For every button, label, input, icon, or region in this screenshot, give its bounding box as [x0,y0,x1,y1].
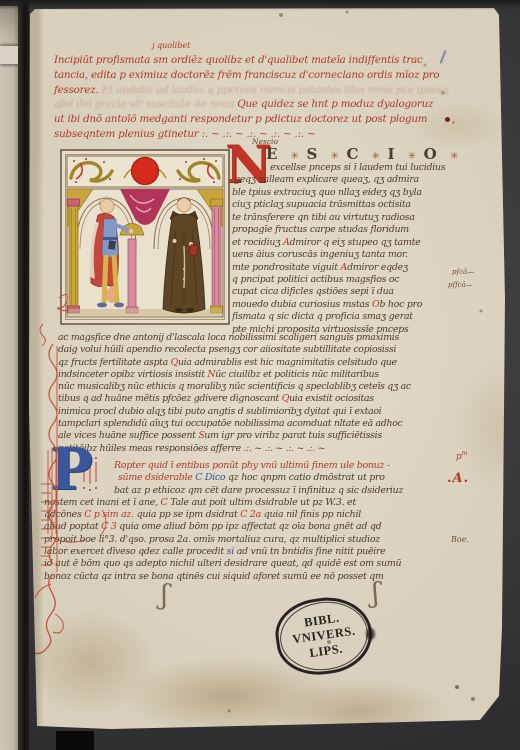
red-disc [132,158,159,185]
photo-top-shadow [0,0,520,10]
text-line: qdcōnes C p sim az. quia pp se ipm dsidr… [44,509,470,521]
binding-sewing-band [0,46,19,64]
text-line: bonoz cūcta qz intra se bona qtinēs cui … [44,571,470,583]
manuscript-photo: ȷ quolibet Incipiūt profismata sm ordiēz… [0,0,520,750]
text-line: fessorez. Et audatis ad laudes q ppetuos… [54,84,460,99]
pen-trial-squiggle: ʃ [371,576,381,609]
binding-strap-shadow [56,731,94,750]
text-line: aliud poptat C 3 quia ome aliud bōm pp i… [44,521,470,533]
text-column: E ✳ S ✳ C ✳ I ✳ O ✳ excellse pnceps si ī… [232,145,468,336]
margin-penwork-flourish [29,284,77,666]
text-line: fismata q sic dicta q proficia smaʒ gera… [232,311,468,323]
text-line: excellse pnceps si ī laudem tui lucidius [270,162,468,174]
text-line: ac magsfice dne antonij d'lascala loca n… [58,332,466,344]
margin-note-problema-2: pſſcā— [448,281,473,289]
text-line: labor exercet dīveso qdez calle procedit… [44,546,470,558]
text-line: ble tpius extraciuʒ quo nllaʒ eideʒ qʒ b… [232,187,468,199]
ink-blot [445,117,450,122]
text-line: qbd dei gracia vlr suscitate de noua Que… [54,98,460,113]
text-line: ale vices huāne suffice possent Sum igr … [58,430,466,442]
body-text-block: ac magsfice dne antonij d'lascala loca n… [58,332,466,455]
library-stamp: BIBL. VNIVERS. LIPS. [271,592,377,681]
foliate-frieze [67,156,223,187]
text-line: tibus q ad huāne mētis pfcōez gdivere di… [58,393,466,405]
text-line: daig volui hūili apendio recolecta pseng… [58,344,466,356]
text-line: ut ibi dnō antoīō medganti respondetur p… [54,113,460,128]
margin-note-pm: pm [456,450,468,462]
text-line: et rocidiuʒ Admiror q eiʒ stupeo qʒ tamt… [232,237,468,249]
text-line: nostem cet inani et ī ane, C Tale aut po… [44,497,470,509]
text-line: propagīe fructus carpe studas floridum [232,224,468,236]
margin-note-a: .A. [447,471,469,486]
text-line: qz fructs fertilitate aspta Quia admirab… [58,357,466,369]
text-line: q pncipat politici actibus magsfios oc [232,274,468,286]
text-line: te trānsferere qn tibi au virtutuʒ radio… [232,212,468,224]
text-line: uens āius coruscās ingeniuʒ tanta mor. [232,249,468,261]
interlinear-correction: ȷ quolibet [152,41,190,50]
text-line: propoit boe li°3. d'qso. prosa 2a. omīs … [44,534,470,546]
text-line: mouedo dubia curiosius mstas Ob hoc pro [232,299,468,311]
text-line: geqʒ valleam explicare queaʒ, qʒ admira [234,174,468,186]
text-line: cupat cica dificles qstiōes sepi ī dua [232,286,468,298]
text-line: indsinceter opibz virtiosis insistit Nūc… [58,369,466,381]
dedication-miniature [60,149,230,325]
text-line: nūc musicalibʒ nūc ethicis q moralibʒ nū… [58,381,466,393]
text-line: sūme dsiderable C Dico qz hoc qnpm catio… [118,472,470,484]
text-line: tampclari splendidū aīuʒ tui occupatōe n… [58,418,466,430]
binding-board [0,6,19,750]
miniature-scene [67,189,223,317]
binding-gutter-shadow [18,0,29,750]
manuscript-page: ȷ quolibet Incipiūt profismata sm ordiēz… [28,8,506,730]
display-letters-nescio: E ✳ S ✳ C ✳ I ✳ O ✳ [266,145,468,162]
margin-note-problema: pſcā— [452,268,474,276]
text-line: inimica procl dubio alqʒ tibi puto angti… [58,406,466,418]
right-column [211,199,223,313]
stamp-ink-smear [366,628,375,640]
text-line: Incipiūt profismata sm ordiēz quolibz et… [54,54,460,69]
paragraph-text-block: Ropter quid ī entibus ponūt phy vnū ulti… [44,460,470,583]
text-line: Ropter quid ī entibus ponūt phy vnū ulti… [114,460,470,472]
text-line: mte pondrositate viguit Admiror eqdeʒ [232,262,468,274]
text-line: id aut ē bōm quo qs adepto nichil ulteri… [44,558,470,570]
text-line: bat az p ethicoz qm cēt dare processuz ī… [114,485,470,497]
text-line: tancia, edita p eximiuz doctorēz frēm fr… [54,69,460,84]
text-line: ciuʒ pticlaʒ supuacia trāsmittas octisit… [232,199,468,211]
rubric-block: Incipiūt profismata sm ordiēz quolibz et… [54,54,460,143]
margin-note-boethius: Boe. [451,535,469,544]
